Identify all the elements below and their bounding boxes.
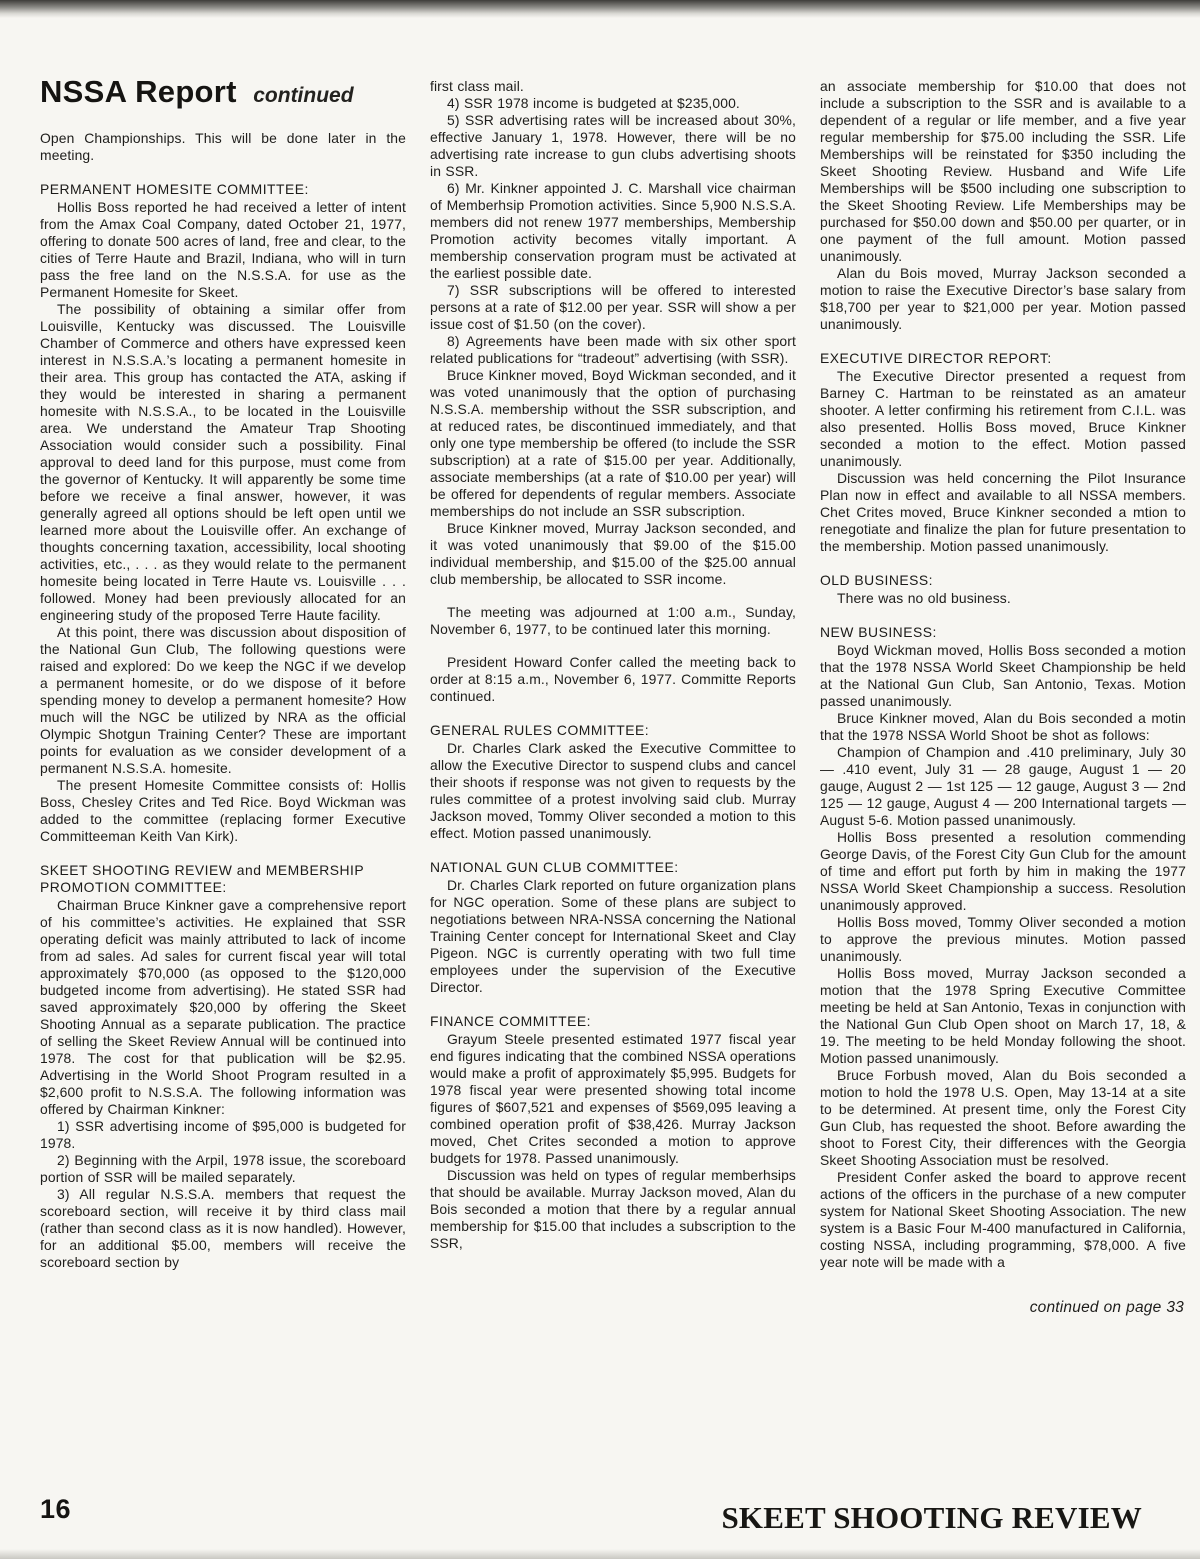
paragraph: The possibility of obtaining a similar o…: [40, 301, 406, 624]
paragraph: Bruce Forbush moved, Alan du Bois second…: [820, 1067, 1186, 1169]
section-heading: SKEET SHOOTING REVIEW and MEMBERSHIP PRO…: [40, 862, 406, 896]
article-title-continued: continued: [253, 84, 353, 107]
section-heading: EXECUTIVE DIRECTOR REPORT:: [820, 350, 1186, 367]
column-2: first class mail.4) SSR 1978 income is b…: [430, 78, 796, 1316]
paragraph: Alan du Bois moved, Murray Jackson secon…: [820, 265, 1186, 333]
paragraph: Hollis Boss moved, Murray Jackson second…: [820, 965, 1186, 1067]
paragraph: Open Championships. This will be done la…: [40, 130, 406, 164]
paragraph: The present Homesite Committee consists …: [40, 777, 406, 845]
section-heading: OLD BUSINESS:: [820, 572, 1186, 589]
paragraph: Dr. Charles Clark reported on future org…: [430, 877, 796, 996]
paragraph: Hollis Boss presented a resolution comme…: [820, 829, 1186, 914]
paragraph: Chairman Bruce Kinkner gave a comprehens…: [40, 897, 406, 1118]
paragraph: Discussion was held concerning the Pilot…: [820, 470, 1186, 555]
column-3-text: an associate membership for $10.00 that …: [820, 78, 1186, 1316]
paragraph: 6) Mr. Kinkner appointed J. C. Marshall …: [430, 180, 796, 282]
column-1: NSSA Report continued Open Championships…: [40, 78, 406, 1316]
paragraph: President Confer asked the board to appr…: [820, 1169, 1186, 1271]
page-number: 16: [40, 1494, 71, 1525]
paragraph: 8) Agreements have been made with six ot…: [430, 333, 796, 367]
paragraph: 4) SSR 1978 income is budgeted at $235,0…: [430, 95, 796, 112]
paragraph: The meeting was adjourned at 1:00 a.m., …: [430, 604, 796, 638]
paragraph: President Howard Confer called the meeti…: [430, 654, 796, 705]
article-columns: NSSA Report continued Open Championships…: [40, 78, 1186, 1316]
magazine-page: NSSA Report continued Open Championships…: [0, 0, 1200, 1559]
paragraph: Bruce Kinkner moved, Alan du Bois second…: [820, 710, 1186, 744]
article-title: NSSA Report: [40, 74, 237, 109]
section-heading: NATIONAL GUN CLUB COMMITTEE:: [430, 859, 796, 876]
paragraph: Discussion was held on types of regular …: [430, 1167, 796, 1252]
paragraph: Bruce Kinkner moved, Boyd Wickman second…: [430, 367, 796, 520]
paragraph: At this point, there was discussion abou…: [40, 624, 406, 777]
column-3: an associate membership for $10.00 that …: [820, 78, 1186, 1316]
paragraph: Hollis Boss reported he had received a l…: [40, 199, 406, 301]
article-header: NSSA Report continued: [40, 74, 406, 110]
section-heading: FINANCE COMMITTEE:: [430, 1013, 796, 1030]
paragraph: Bruce Kinkner moved, Murray Jackson seco…: [430, 520, 796, 588]
paragraph: Dr. Charles Clark asked the Executive Co…: [430, 740, 796, 842]
section-heading: PERMANENT HOMESITE COMMITTEE:: [40, 181, 406, 198]
paragraph: first class mail.: [430, 78, 796, 95]
scan-bottom-edge: [0, 1549, 1200, 1559]
magazine-title: SKEET SHOOTING REVIEW: [721, 1500, 1142, 1536]
paragraph: The Executive Director presented a reque…: [820, 368, 1186, 470]
section-heading: NEW BUSINESS:: [820, 624, 1186, 641]
continued-note: continued on page 33: [820, 1299, 1186, 1316]
paragraph: Grayum Steele presented estimated 1977 f…: [430, 1031, 796, 1167]
paragraph: There was no old business.: [820, 590, 1186, 607]
scan-top-edge: [0, 0, 1200, 18]
paragraph: 1) SSR advertising income of $95,000 is …: [40, 1118, 406, 1152]
paragraph: 5) SSR advertising rates will be increas…: [430, 112, 796, 180]
column-1-text: Open Championships. This will be done la…: [40, 130, 406, 1271]
paragraph: Champion of Champion and .410 preliminar…: [820, 744, 1186, 829]
paragraph: Hollis Boss moved, Tommy Oliver seconded…: [820, 914, 1186, 965]
paragraph: 7) SSR subscriptions will be offered to …: [430, 282, 796, 333]
column-2-text: first class mail.4) SSR 1978 income is b…: [430, 78, 796, 1252]
paragraph: an associate membership for $10.00 that …: [820, 78, 1186, 265]
paragraph: 3) All regular N.S.S.A. members that req…: [40, 1186, 406, 1271]
paragraph: Boyd Wickman moved, Hollis Boss seconded…: [820, 642, 1186, 710]
section-heading: GENERAL RULES COMMITTEE:: [430, 722, 796, 739]
paragraph: 2) Beginning with the Arpil, 1978 issue,…: [40, 1152, 406, 1186]
